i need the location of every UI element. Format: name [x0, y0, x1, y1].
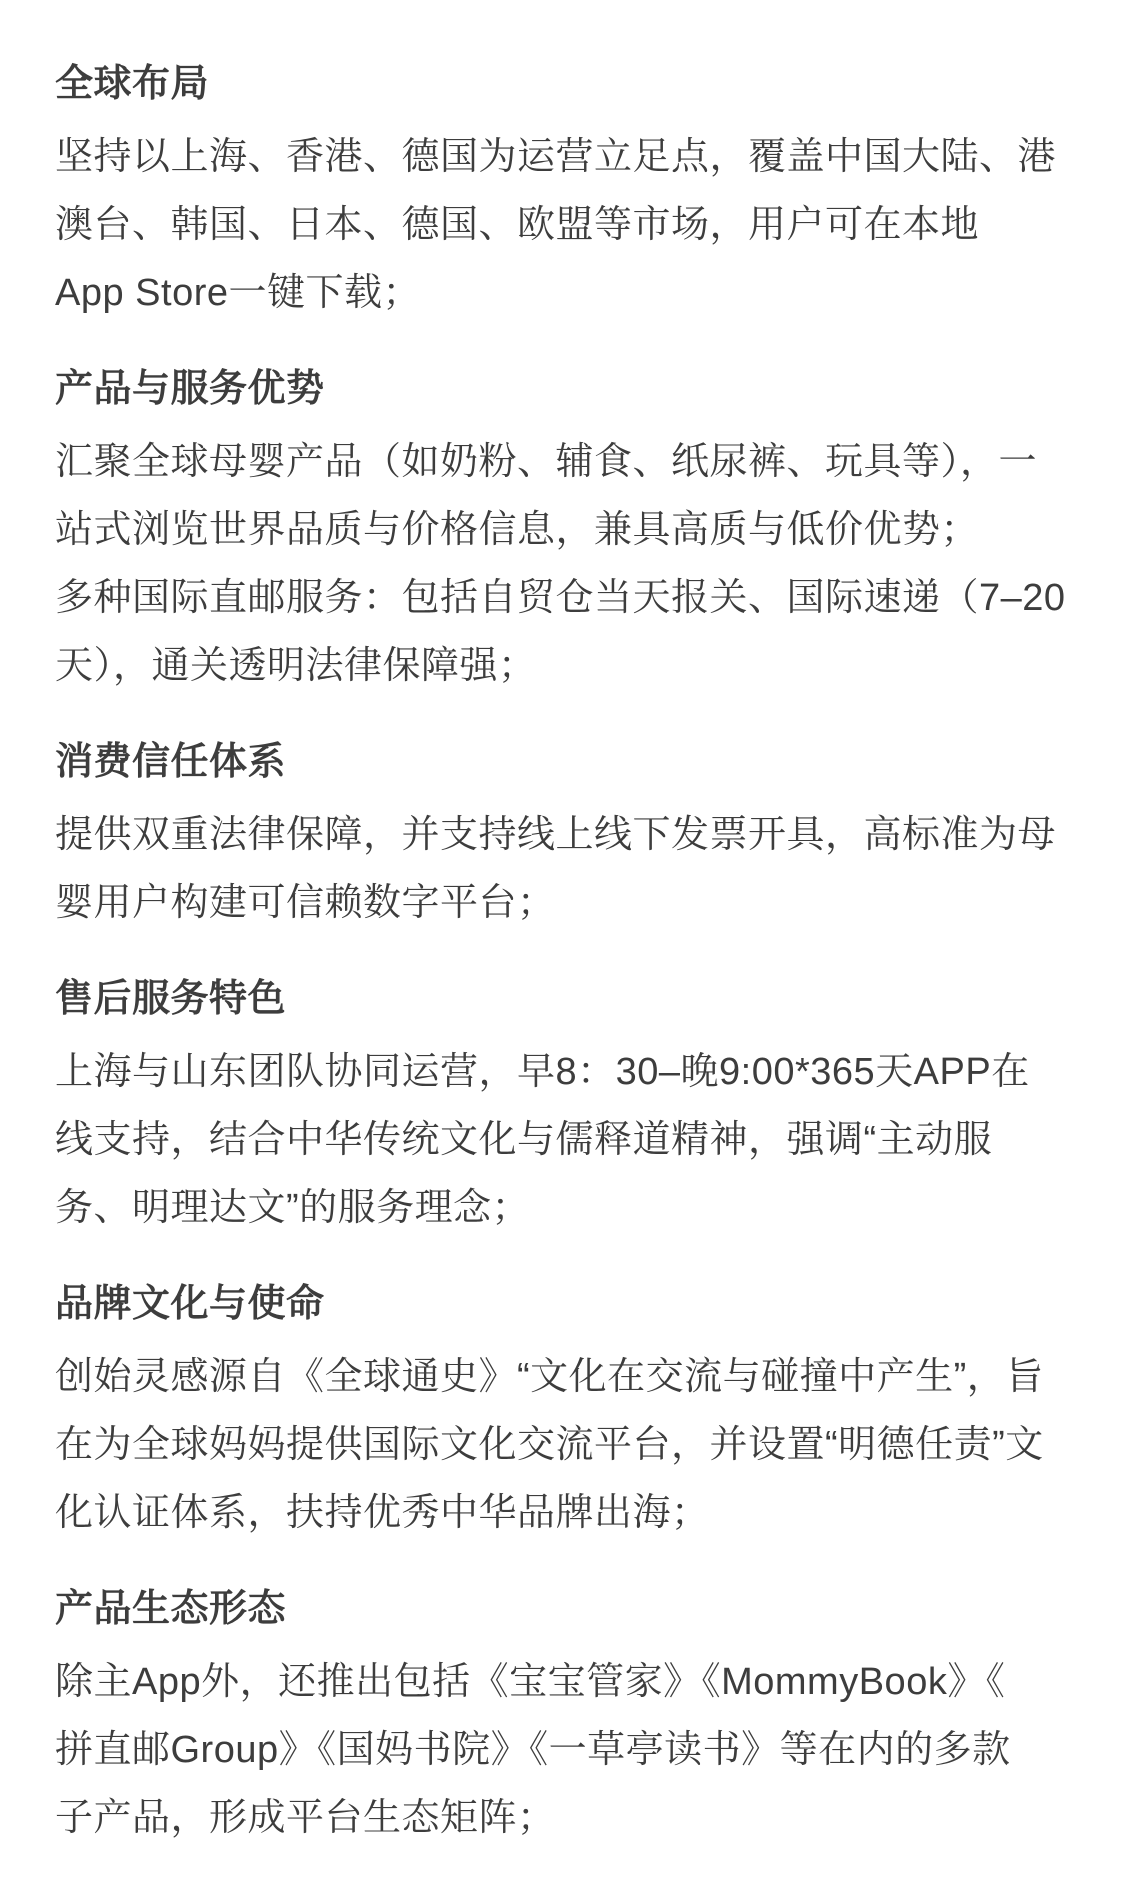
text-line: 化认证体系，扶持优秀中华品牌出海；: [55, 1479, 1070, 1547]
text-line: 汇聚全球母婴产品（如奶粉、辅食、纸尿裤、玩具等），一: [55, 428, 1070, 496]
section-heading: 产品与服务优势: [55, 355, 1070, 423]
text-line: 站式浏览世界品质与价格信息，兼具高质与低价优势；: [55, 496, 1070, 564]
text-line: 在为全球妈妈提供国际文化交流平台，并设置“明德任责”文: [55, 1411, 1070, 1479]
text-line: App Store一键下载；: [55, 259, 1070, 327]
text-line: 务、明理达文”的服务理念；: [55, 1174, 1070, 1242]
text-line: 多种国际直邮服务：包括自贸仓当天报关、国际速递（7–20: [55, 564, 1070, 632]
section-after-sales-service: 售后服务特色 上海与山东团队协同运营，早8：30–晚9:00*365天APP在 …: [55, 965, 1070, 1242]
text-line: 子产品，形成平台生态矩阵；: [55, 1784, 1070, 1852]
section-heading: 售后服务特色: [55, 965, 1070, 1033]
section-heading: 全球布局: [55, 50, 1070, 118]
text-line: 创始灵感源自《全球通史》“文化在交流与碰撞中产生”，旨: [55, 1343, 1070, 1411]
section-heading: 消费信任体系: [55, 728, 1070, 796]
text-line: 拼直邮Group》《国妈书院》《一草亭读书》等在内的多款: [55, 1716, 1070, 1784]
text-line: 提供双重法律保障，并支持线上线下发票开具，高标准为母: [55, 801, 1070, 869]
text-line: 线支持，结合中华传统文化与儒释道精神，强调“主动服: [55, 1106, 1070, 1174]
text-line: 天），通关透明法律保障强；: [55, 632, 1070, 700]
text-line: 除主App外，还推出包括《宝宝管家》《MommyBook》《: [55, 1648, 1070, 1716]
section-consumer-trust-system: 消费信任体系 提供双重法律保障，并支持线上线下发票开具，高标准为母 婴用户构建可…: [55, 728, 1070, 937]
text-line: 坚持以上海、香港、德国为运营立足点，覆盖中国大陆、港: [55, 123, 1070, 191]
section-brand-culture-mission: 品牌文化与使命 创始灵感源自《全球通史》“文化在交流与碰撞中产生”，旨 在为全球…: [55, 1270, 1070, 1547]
section-heading: 产品生态形态: [55, 1575, 1070, 1643]
text-line: 上海与山东团队协同运营，早8：30–晚9:00*365天APP在: [55, 1038, 1070, 1106]
section-product-service-advantages: 产品与服务优势 汇聚全球母婴产品（如奶粉、辅食、纸尿裤、玩具等），一 站式浏览世…: [55, 355, 1070, 700]
section-heading: 品牌文化与使命: [55, 1270, 1070, 1338]
section-product-ecosystem: 产品生态形态 除主App外，还推出包括《宝宝管家》《MommyBook》《 拼直…: [55, 1575, 1070, 1852]
section-global-layout: 全球布局 坚持以上海、香港、德国为运营立足点，覆盖中国大陆、港 澳台、韩国、日本…: [55, 50, 1070, 327]
text-line: 澳台、韩国、日本、德国、欧盟等市场，用户可在本地: [55, 191, 1070, 259]
document-page: 全球布局 坚持以上海、香港、德国为运营立足点，覆盖中国大陆、港 澳台、韩国、日本…: [0, 0, 1125, 1895]
text-line: 婴用户构建可信赖数字平台；: [55, 869, 1070, 937]
